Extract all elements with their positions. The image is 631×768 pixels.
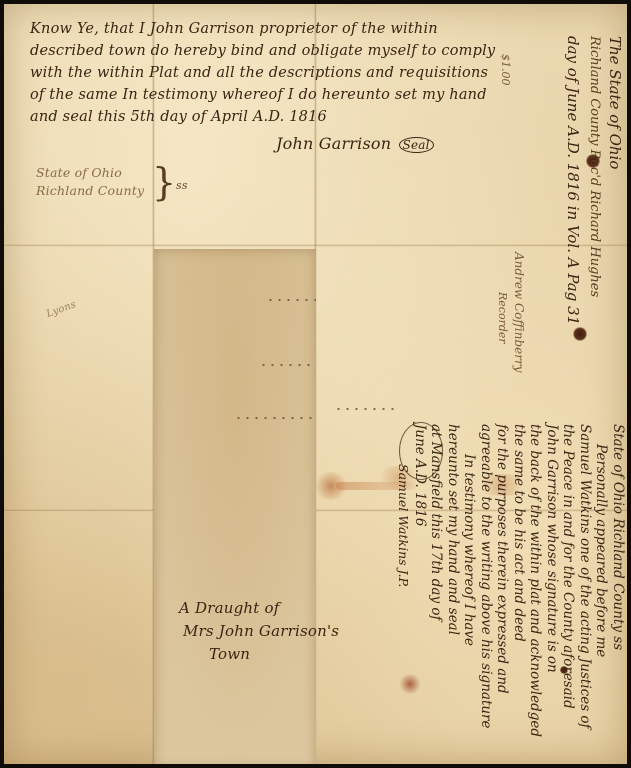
recording-line: The State of Ohio xyxy=(604,36,626,325)
ink-blot xyxy=(573,327,587,341)
pinhole-marks xyxy=(266,299,316,301)
ss-mark: ss xyxy=(176,179,188,192)
john-garrison-signature: John Garrison Seal xyxy=(276,134,434,153)
deed-line: of the same In testimony whereof I do he… xyxy=(30,84,450,106)
ack-line: the same to be his act and deed xyxy=(511,424,528,737)
pencil-note: Lyons xyxy=(45,299,78,320)
brace-icon: } xyxy=(152,164,176,200)
horizontal-fold-line xyxy=(4,244,627,247)
ack-line: Samuel Watkins one of the acting Justice… xyxy=(577,424,594,737)
manuscript-page: Know Ye, that I John Garrison proprietor… xyxy=(4,4,627,764)
ack-line: for the purposes therein expressed and xyxy=(494,424,511,737)
deed-line: with the within Plat and all the descrip… xyxy=(30,62,450,84)
ack-line: hereunto set my hand and seal xyxy=(445,424,462,737)
pinhole-marks xyxy=(334,408,394,410)
recording-note: The State of Ohio Richland County Rec'd … xyxy=(562,36,626,325)
deed-line: described town do hereby bind and obliga… xyxy=(30,40,450,62)
ack-line: John Garrison whose signature is on xyxy=(544,424,561,737)
scan-border: Know Ye, that I John Garrison proprietor… xyxy=(0,0,631,768)
recording-line: Richland County Rec'd Richard Hughes xyxy=(584,36,604,325)
recording-fee: $1.00 xyxy=(499,54,512,86)
pinhole-marks xyxy=(234,417,314,419)
seal-mark: Seal xyxy=(399,137,434,153)
justice-seal-icon xyxy=(399,422,443,480)
ack-line: the back of the within plat and acknowle… xyxy=(527,424,544,737)
deed-line: and seal this 5th day of April A.D. 1816 xyxy=(30,106,450,128)
ack-line: State of Ohio Richland County ss xyxy=(610,424,627,737)
recording-line: day of June A.D. 1816 in Vol. A Pag 31 xyxy=(562,36,584,325)
state-county-caption: State of Ohio Richland County xyxy=(36,164,144,200)
deed-line: Know Ye, that I John Garrison proprietor… xyxy=(30,18,450,40)
pinhole-marks xyxy=(259,364,314,366)
ack-line: agreeable to the writing above his signa… xyxy=(478,424,495,737)
recorder-signature: Andrew Coffinberry Recorder xyxy=(494,252,528,373)
plat-title-label: A Draught of Mrs John Garrison's Town xyxy=(179,597,339,666)
deed-certification-text: Know Ye, that I John Garrison proprietor… xyxy=(30,18,450,128)
ack-line: the Peace in and for the County aforesai… xyxy=(560,424,577,737)
ack-line: In testimony whereof I have xyxy=(461,424,478,737)
ack-line: Personally appeared before me xyxy=(593,424,610,737)
folded-outer-panel xyxy=(154,249,316,764)
